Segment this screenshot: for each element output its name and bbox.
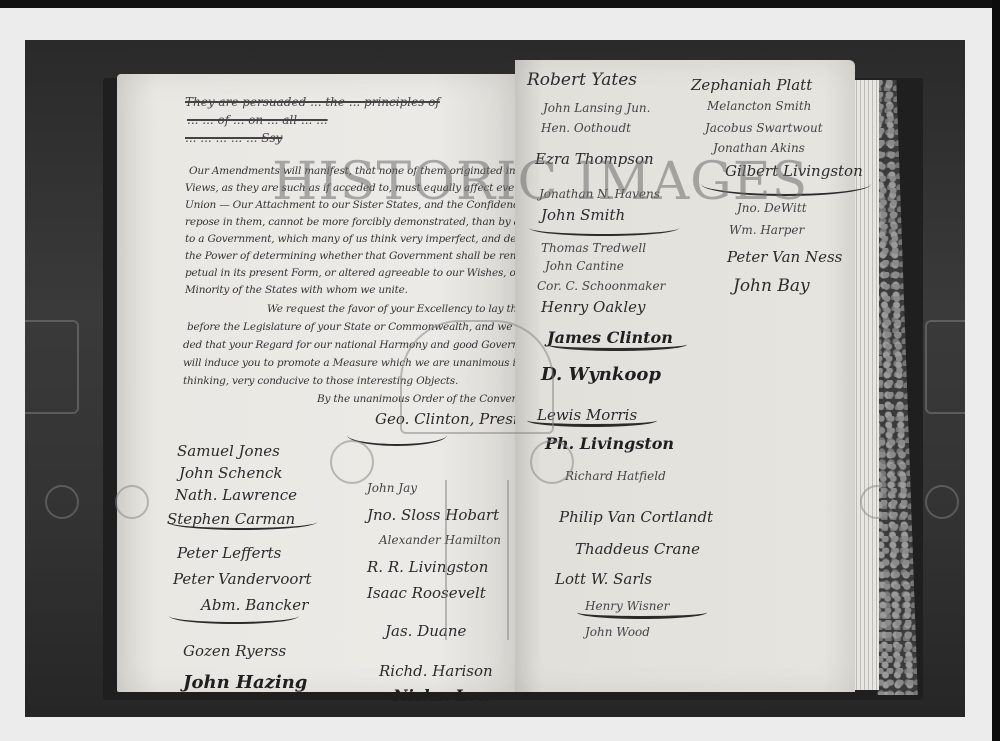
watermark-spiral bbox=[925, 485, 959, 519]
struck-line: ... ... of ... on ... all ... ... bbox=[187, 114, 328, 126]
signature: Thomas Tredwell bbox=[541, 242, 646, 254]
photograph: They are persuaded ... the ... principle… bbox=[25, 40, 965, 717]
signature: Melancton Smith bbox=[707, 100, 811, 112]
watermark-column bbox=[445, 480, 509, 640]
watermark-logo-left bbox=[25, 320, 79, 414]
signature: John Bay bbox=[733, 278, 810, 295]
signature: John Wood bbox=[585, 626, 650, 638]
signature: John Jay bbox=[367, 482, 417, 494]
signature: Wm. Harper bbox=[729, 224, 804, 236]
signature: Zephaniah Platt bbox=[691, 78, 812, 93]
signature: John Lansing Jun. bbox=[543, 102, 650, 114]
photo-top-border bbox=[0, 0, 1000, 8]
signature: Peter Vandervoort bbox=[173, 572, 312, 587]
signature: Richard Hatfield bbox=[565, 470, 666, 482]
signature: Samuel Jones bbox=[177, 444, 280, 459]
flourish bbox=[169, 608, 299, 624]
watermark-logo-right bbox=[925, 320, 965, 414]
letter-line: Minority of the States with whom we unit… bbox=[185, 285, 408, 296]
watermark-text: HISTORIC IMAGES bbox=[272, 152, 808, 212]
signature: Nichs. Low bbox=[393, 688, 491, 704]
watermark-spiral bbox=[860, 485, 894, 519]
photo-right-border bbox=[992, 0, 1000, 741]
signature: Cor. C. Schoonmaker bbox=[537, 280, 665, 292]
letter-line: repose in them, cannot be more forcibly … bbox=[185, 217, 560, 228]
watermark-logo-center bbox=[400, 320, 554, 434]
signature: John Hazing bbox=[183, 674, 307, 692]
signature: Philip Van Cortlandt bbox=[559, 510, 713, 525]
letter-line: petual in its present Form, or altered a… bbox=[185, 268, 531, 279]
signature: John Schenck bbox=[179, 466, 283, 481]
signature: Hen. Oothoudt bbox=[541, 122, 631, 134]
signature: Peter Lefferts bbox=[177, 546, 281, 561]
signature: Peter Van Ness bbox=[727, 250, 842, 265]
signature: Henry Oakley bbox=[541, 300, 646, 315]
signature: Gozen Ryerss bbox=[183, 644, 286, 659]
flourish bbox=[167, 514, 317, 530]
watermark-spiral bbox=[115, 485, 149, 519]
flourish bbox=[577, 606, 707, 619]
signature: Lott W. Sarls bbox=[555, 572, 652, 587]
struck-line: ... ... ... ... ... Ssy bbox=[185, 132, 282, 144]
signature: D. Wynkoop bbox=[541, 366, 661, 384]
signature: John Cantine bbox=[545, 260, 624, 272]
watermark-spiral bbox=[530, 440, 574, 484]
signature: Thaddeus Crane bbox=[575, 542, 700, 557]
flourish bbox=[529, 220, 679, 236]
signature: Jacobus Swartwout bbox=[705, 122, 823, 134]
signature: Robert Yates bbox=[527, 72, 637, 89]
flourish bbox=[547, 338, 687, 351]
watermark-spiral bbox=[330, 440, 374, 484]
struck-line: They are persuaded ... the ... principle… bbox=[185, 96, 440, 108]
signature: Nath. Lawrence bbox=[175, 488, 297, 503]
letter-line: to a Government, which many of us think … bbox=[185, 234, 553, 245]
signature: Richd. Harison bbox=[379, 664, 493, 679]
watermark-spiral bbox=[45, 485, 79, 519]
letter-line: the Power of determining whether that Go… bbox=[185, 251, 570, 262]
